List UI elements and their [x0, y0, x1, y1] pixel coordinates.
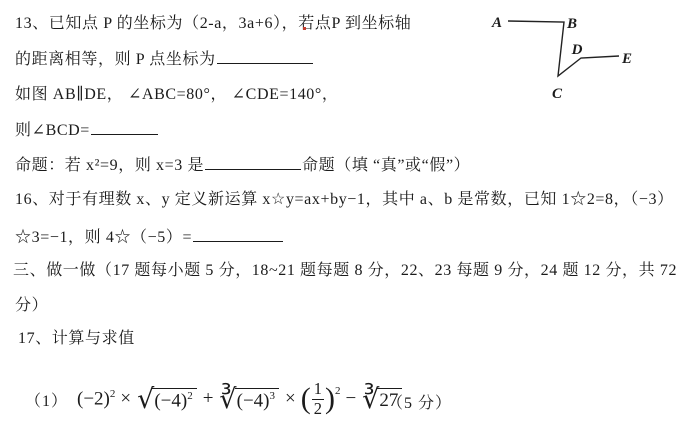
- figure-lines: [508, 21, 619, 76]
- q14-line2-text: 则∠BCD=: [15, 122, 90, 139]
- geometry-figure: A B C D E: [480, 5, 640, 100]
- radicand-exponent: 3: [270, 390, 276, 402]
- section3-line1-text: 三、做一做（17 题每小题 5 分，18~21 题每题 8 分，22、23 每题…: [13, 262, 677, 279]
- q15-answer-blank: [205, 154, 301, 170]
- q16-line2-text: ☆3=−1，则 4☆（−5）=: [15, 229, 192, 246]
- fraction-one-half: 1 2: [312, 380, 324, 419]
- q14-answer-blank: [91, 119, 158, 135]
- radicand: (−4)2: [152, 388, 196, 412]
- score-label: （5 分）: [387, 390, 452, 413]
- q13-answer-blank: [217, 48, 313, 64]
- paren-exponent: 2: [335, 385, 341, 397]
- q17-title-text: 17、计算与求值: [18, 330, 135, 347]
- q15-prefix-text: 命题：若 x²=9，则 x=3 是: [15, 157, 204, 174]
- q16-line2: ☆3=−1，则 4☆（−5）=: [15, 226, 284, 248]
- cube-root-term: ∛ (−4)3: [219, 386, 279, 413]
- section3-line1: 三、做一做（17 题每小题 5 分，18~21 题每题 8 分，22、23 每题…: [13, 261, 677, 281]
- radicand-base: (−4): [154, 390, 187, 411]
- q14-line2: 则∠BCD=: [15, 119, 159, 141]
- figure-label-B: B: [566, 16, 577, 32]
- q13-line2-text: 的距离相等，则 P 点坐标为: [15, 51, 216, 68]
- term-exponent: 2: [110, 388, 116, 400]
- q17-item1-formula: （1） (−2)2 × √ (−4)2 + ∛ (−4)3 × ( 1 2 )2…: [25, 368, 403, 430]
- close-paren: ): [325, 384, 335, 414]
- square-root-term: √ (−4)2: [137, 386, 197, 413]
- radicand-exponent: 2: [187, 390, 193, 402]
- radicand: (−4)3: [235, 388, 279, 412]
- q13-line2: 的距离相等，则 P 点坐标为: [15, 48, 314, 70]
- section3-line2: 分）: [15, 296, 48, 316]
- term-base: (−2): [77, 388, 110, 409]
- q16-line1-text: 16、对于有理数 x、y 定义新运算 x☆y=ax+by−1，其中 a、b 是常…: [15, 191, 674, 208]
- fraction-numerator: 1: [312, 380, 324, 399]
- term-neg2-squared: (−2)2: [77, 388, 115, 410]
- q14-line1: 如图 AB∥DE， ∠ABC=80°， ∠CDE=140°，: [15, 85, 339, 105]
- q13-line1: 13、已知点 P 的坐标为（2-a，3a+6），若点P 到坐标轴: [15, 14, 411, 34]
- plus-operator: +: [203, 388, 214, 410]
- exam-page: 13、已知点 P 的坐标为（2-a，3a+6），若点P 到坐标轴 的距离相等，则…: [0, 0, 685, 442]
- q13-line1-text: 13、已知点 P 的坐标为（2-a，3a+6），若点P 到坐标轴: [15, 15, 411, 32]
- open-paren: (: [301, 384, 311, 414]
- close-paren-squared: )2: [325, 384, 341, 414]
- figure-label-C: C: [552, 86, 563, 100]
- item-number: （1）: [25, 388, 68, 411]
- radicand-base: (−4): [237, 390, 270, 411]
- times-operator: ×: [285, 388, 296, 410]
- minus-operator: −: [345, 388, 356, 410]
- figure-label-D: D: [571, 42, 583, 58]
- times-operator: ×: [120, 388, 131, 410]
- figure-label-A: A: [491, 15, 502, 31]
- figure-label-E: E: [621, 51, 632, 67]
- q17-title: 17、计算与求值: [18, 329, 135, 349]
- q14-line1-text: 如图 AB∥DE， ∠ABC=80°， ∠CDE=140°，: [15, 86, 339, 103]
- red-proofing-mark: [303, 27, 306, 30]
- q16-line1: 16、对于有理数 x、y 定义新运算 x☆y=ax+by−1，其中 a、b 是常…: [15, 190, 674, 210]
- fraction-denominator: 2: [312, 399, 324, 419]
- q16-answer-blank: [193, 226, 283, 242]
- section3-line2-text: 分）: [15, 297, 48, 314]
- q15-line: 命题：若 x²=9，则 x=3 是命题（填 “真”或“假”）: [15, 154, 470, 176]
- q15-suffix-text: 命题（填 “真”或“假”）: [302, 157, 470, 174]
